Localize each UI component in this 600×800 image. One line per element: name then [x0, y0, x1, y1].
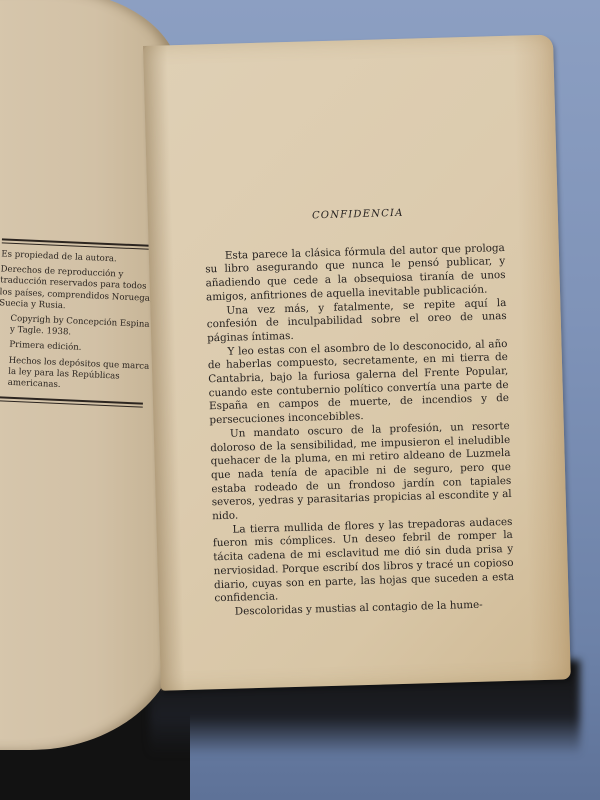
- top-double-rule: [2, 238, 150, 249]
- paragraph: Esta parece la clásica fórmula del autor…: [205, 242, 506, 305]
- paragraph: Un mandato oscuro de la profesión, un re…: [210, 420, 513, 524]
- colophon-line-copyright: Copyrigh by Concepción Espina y Tagle. 1…: [0, 313, 153, 342]
- right-page: CONFIDENCIA Esta parece la clásica fórmu…: [143, 35, 571, 691]
- bottom-double-rule: [0, 396, 143, 407]
- copyright-colophon: Es propiedad de la autora. Derechos de r…: [0, 238, 156, 414]
- colophon-line-rights: Derechos de reproducción y traducción re…: [0, 265, 155, 316]
- page-text: CONFIDENCIA Esta parece la clásica fórmu…: [204, 204, 515, 620]
- paragraph: Y leo estas con el asombro de lo descono…: [207, 338, 509, 429]
- paragraph: La tierra mullida de flores y las trepad…: [212, 516, 514, 607]
- colophon-line-edition: Primera edición.: [0, 340, 151, 358]
- chapter-title: CONFIDENCIA: [204, 204, 504, 226]
- colophon-line-deposit: Hechos los depósitos que marca la ley pa…: [0, 355, 151, 395]
